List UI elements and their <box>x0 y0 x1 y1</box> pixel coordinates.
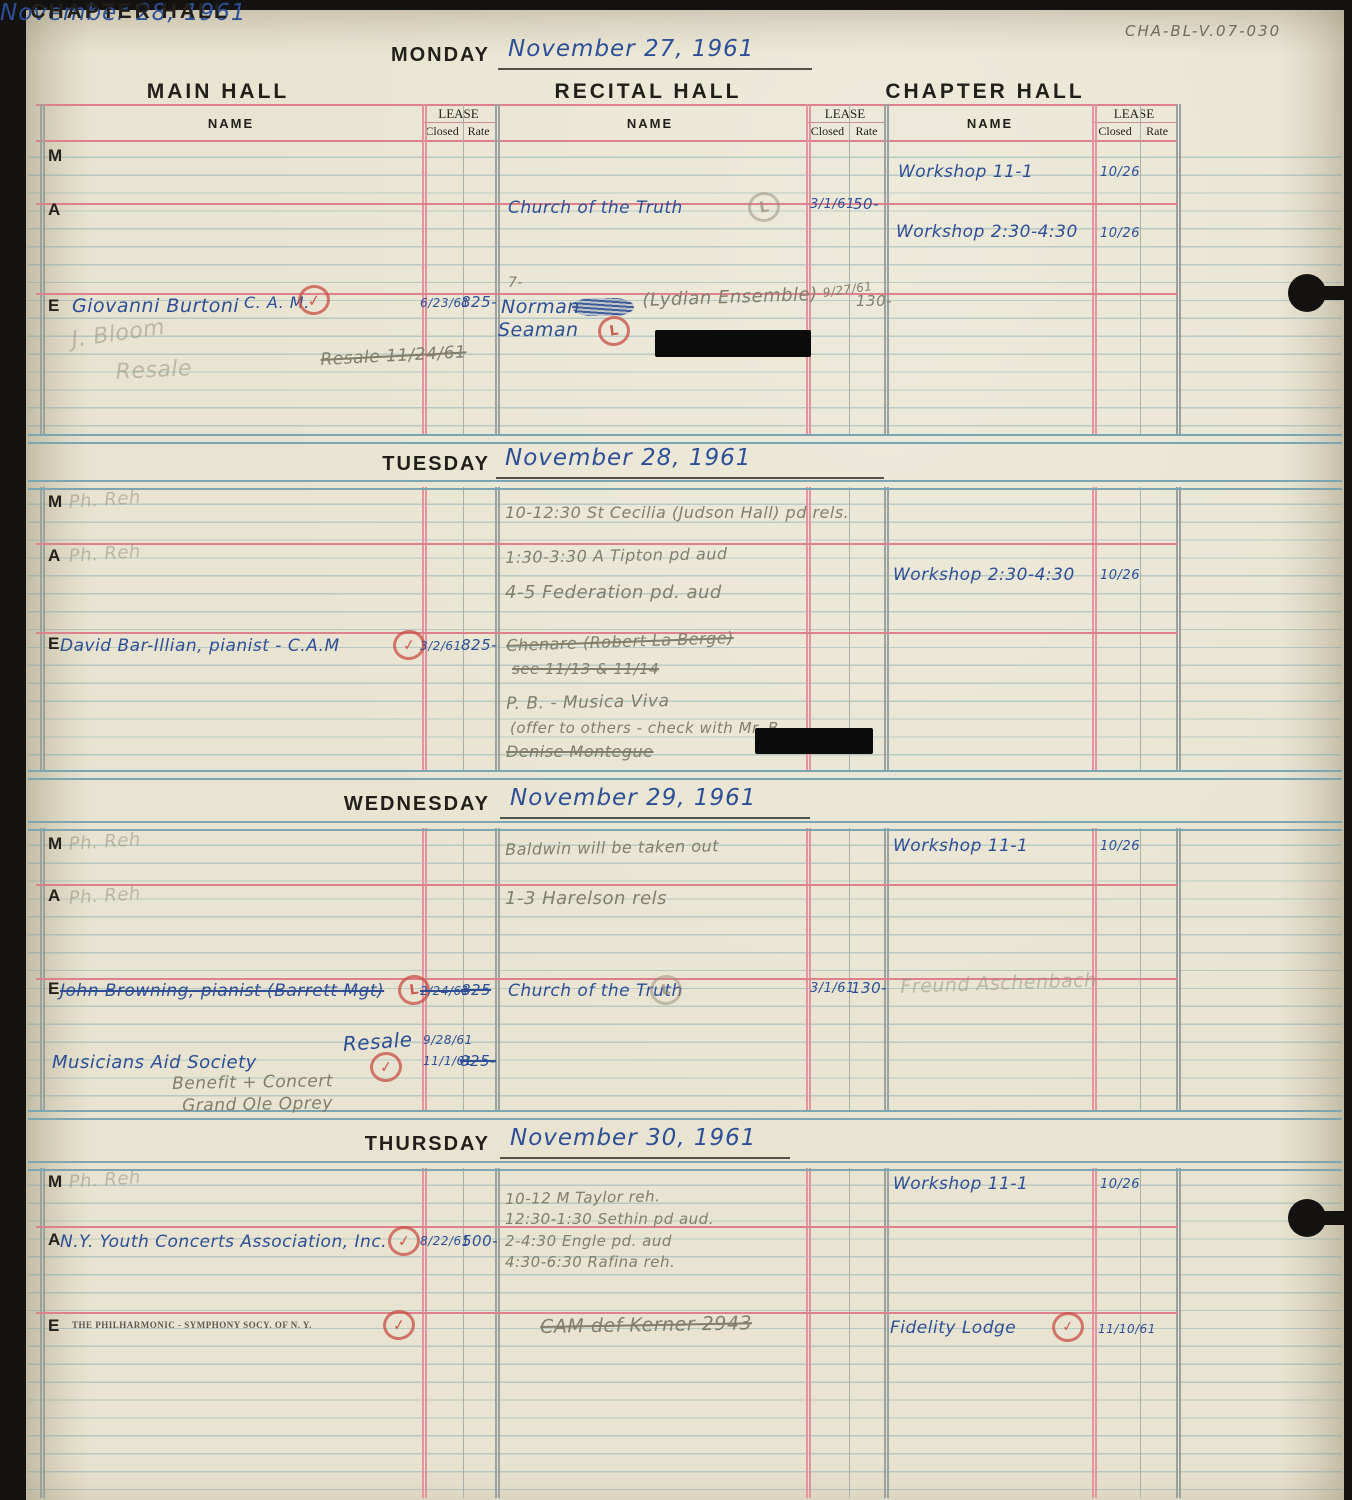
column-line <box>495 1168 497 1498</box>
column-line <box>1095 487 1097 770</box>
column-line <box>498 828 500 1110</box>
scribbled-out-text <box>572 298 634 316</box>
day-date-thursday: November 30, 1961 <box>510 1125 756 1151</box>
handwriting-entry: 825- <box>461 293 497 311</box>
handwriting-entry: Resale <box>115 356 193 385</box>
row-label-m: M <box>48 1172 62 1192</box>
column-line <box>463 487 464 770</box>
column-line <box>498 104 500 434</box>
handwriting-entry: 10/26 <box>1100 568 1140 583</box>
handwriting-entry: Church of the Truth <box>508 198 683 218</box>
column-line <box>43 1168 45 1498</box>
handwriting-entry: Workshop 2:30-4:30 <box>893 565 1075 585</box>
handwriting-entry: 1-3 Harelson rels <box>505 888 667 909</box>
date-underline <box>500 1157 790 1159</box>
handwriting-entry: Benefit + Concert <box>172 1071 333 1094</box>
column-header-name: NAME <box>500 116 800 131</box>
archive-code: CHA-BL-V.07-030 <box>1125 22 1281 40</box>
column-line <box>43 828 45 1110</box>
column-header-rate: Rate <box>462 124 495 139</box>
column-line <box>1095 1168 1097 1498</box>
day-date-monday: November 27, 1961 <box>508 36 754 62</box>
column-line <box>463 1168 464 1498</box>
handwriting-entry: 9/28/61 <box>423 1033 473 1047</box>
column-line <box>806 104 808 434</box>
row-label-a: A <box>48 546 60 566</box>
block-border-line <box>28 1161 1342 1171</box>
handwriting-entry: 3/2/61 <box>420 639 462 653</box>
row-separator-line <box>36 1312 1178 1314</box>
column-line <box>887 487 889 770</box>
column-line <box>1092 104 1094 434</box>
column-line <box>809 104 811 434</box>
handwriting-entry: Resale <box>342 1027 413 1056</box>
column-line <box>495 104 497 434</box>
column-line <box>40 487 42 770</box>
column-line <box>1179 1168 1181 1498</box>
handwriting-entry: Norman <box>501 296 580 318</box>
column-line <box>1140 828 1141 1110</box>
handwriting-entry: N.Y. Youth Concerts Association, Inc. <box>60 1232 387 1252</box>
column-line <box>1179 104 1181 434</box>
column-line <box>884 1168 886 1498</box>
day-title-thursday: THURSDAY <box>150 1133 490 1156</box>
row-label-a: A <box>48 886 60 906</box>
column-line <box>1179 487 1181 770</box>
column-line <box>1140 104 1141 434</box>
column-header-lease: LEASE <box>1092 106 1176 122</box>
handwriting-entry: Musicians Aid Society <box>52 1052 257 1073</box>
column-line <box>849 828 850 1110</box>
column-line <box>495 487 497 770</box>
column-header-lease: LEASE <box>422 106 495 122</box>
column-line <box>40 104 42 434</box>
handwriting-entry: Fidelity Lodge <box>890 1318 1016 1338</box>
day-title-wednesday: WEDNESDAY <box>150 793 490 816</box>
hall-title-chapter: CHAPTER HALL <box>0 0 260 24</box>
day-title-monday: MONDAY <box>150 44 490 67</box>
column-line <box>809 1168 811 1498</box>
handwriting-entry: 10/26 <box>1100 165 1140 180</box>
hall-title-chapter: CHAPTER HALL <box>855 80 1115 104</box>
column-line <box>1092 487 1094 770</box>
column-line <box>884 487 886 770</box>
row-label-m: M <box>48 492 62 512</box>
handwriting-entry: 130- <box>851 979 887 997</box>
lease-divider-line <box>422 122 495 123</box>
column-line <box>806 1168 808 1498</box>
column-line <box>422 487 424 770</box>
hall-title-recital: RECITAL HALL <box>518 80 778 104</box>
column-header-lease: LEASE <box>806 106 884 122</box>
handwriting-entry: David Bar-Illian, pianist - C.A.M <box>60 636 340 656</box>
row-label-m: M <box>48 834 62 854</box>
handwriting-entry: Grand Ole Oprey <box>182 1093 333 1116</box>
handwriting-entry: 825- <box>460 1052 496 1070</box>
day-date-tuesday: November 28, 1961 <box>505 445 751 471</box>
handwriting-entry: 3/1/61 <box>810 981 855 996</box>
handwriting-entry: 2-4:30 Engle pd. aud <box>505 1232 672 1250</box>
column-line <box>849 104 850 434</box>
column-line <box>887 1168 889 1498</box>
handwriting-entry: 10-12 M Taylor reh. <box>505 1187 660 1208</box>
handwriting-entry: 10/26 <box>1100 1177 1140 1192</box>
redaction-bar <box>655 330 811 357</box>
column-line <box>1092 1168 1094 1498</box>
column-line <box>1179 828 1181 1110</box>
column-line <box>40 828 42 1110</box>
redaction-bar <box>755 728 873 754</box>
handwriting-entry: Denise Montegue <box>506 742 654 761</box>
column-line <box>1176 828 1178 1110</box>
handwriting-entry: 10-12:30 St Cecilia (Judson Hall) pd rel… <box>505 503 849 522</box>
column-line <box>425 487 427 770</box>
column-line <box>1176 104 1178 434</box>
row-label-m: M <box>48 146 62 166</box>
row-label-e: E <box>48 296 59 316</box>
column-header-name: NAME <box>890 116 1090 131</box>
column-line <box>425 104 427 434</box>
block-border-line <box>28 770 1342 780</box>
handwriting-entry: 130- <box>856 292 892 310</box>
handwriting-entry: 12:30-1:30 Sethin pd aud. <box>505 1210 714 1228</box>
day-date-wednesday: November 29, 1961 <box>510 785 756 811</box>
column-line <box>849 1168 850 1498</box>
handwriting-entry: 50- <box>853 195 879 213</box>
lease-divider-line <box>806 122 884 123</box>
handwriting-entry: 10/26 <box>1100 226 1140 241</box>
column-line <box>498 487 500 770</box>
row-label-a: A <box>48 1230 60 1250</box>
handwriting-entry: 7- <box>508 275 523 291</box>
handwriting-entry: Workshop 11-1 <box>893 836 1028 856</box>
column-header-rate: Rate <box>1138 124 1176 139</box>
handwriting-entry: John Browning, pianist (Barrett Mgt) <box>60 981 384 1001</box>
block-border-line <box>28 480 1342 490</box>
hall-title-main: MAIN HALL <box>88 80 348 104</box>
handwriting-entry: 10/26 <box>1100 839 1140 854</box>
handwriting-entry: Workshop 11-1 <box>893 1174 1028 1194</box>
column-line <box>43 487 45 770</box>
date-underline <box>500 817 810 819</box>
column-line <box>1140 487 1141 770</box>
column-header-name: NAME <box>41 116 421 131</box>
column-line <box>463 104 464 434</box>
date-underline <box>498 68 812 70</box>
handwriting-entry: 3/1/61 <box>810 197 855 212</box>
column-line <box>887 828 889 1110</box>
punch-hole-bottom-tab <box>1318 1211 1352 1225</box>
row-label-e: E <box>48 1316 59 1336</box>
ledger-scan-page: CHA-BL-V.07-030 MONDAY November 27, 1961… <box>0 0 1352 1500</box>
day-title-tuesday: TUESDAY <box>150 453 490 476</box>
handwriting-entry: Workshop 11-1 <box>898 162 1033 182</box>
row-separator-line <box>36 543 1178 545</box>
column-line <box>884 828 886 1110</box>
handwriting-entry: (offer to others - check with Mr. B <box>510 719 779 737</box>
block-border-line <box>28 434 1342 444</box>
column-line <box>806 828 808 1110</box>
row-separator-line <box>36 884 1178 886</box>
column-line <box>498 1168 500 1498</box>
handwriting-entry: Workshop 2:30-4:30 <box>896 222 1078 242</box>
column-header-rate: Rate <box>849 124 884 139</box>
handwriting-entry: 11/10/61 <box>1098 1322 1156 1336</box>
column-line <box>887 104 889 434</box>
handwriting-entry: see 11/13 & 11/14 <box>512 660 659 678</box>
column-line <box>809 828 811 1110</box>
block-border-line <box>28 821 1342 831</box>
punch-hole-top-tab <box>1318 286 1352 300</box>
column-header-closed: Closed <box>806 124 849 139</box>
handwriting-entry: P. B. - Musica Viva <box>506 691 670 714</box>
column-line <box>422 104 424 434</box>
column-header-closed: Closed <box>422 124 462 139</box>
column-line <box>425 1168 427 1498</box>
handwriting-entry: THE PHILHARMONIC - SYMPHONY SOCY. OF N. … <box>72 1320 312 1330</box>
row-label-a: A <box>48 200 60 220</box>
handwriting-entry: 825- <box>461 636 497 654</box>
ruled-lines <box>28 140 1342 434</box>
handwriting-entry: Baldwin will be taken out <box>505 836 719 859</box>
handwriting-entry: 500- <box>462 1232 498 1250</box>
handwriting-entry: 4:30-6:30 Rafina reh. <box>505 1253 675 1271</box>
lease-divider-line <box>1092 122 1176 123</box>
row-label-e: E <box>48 634 59 654</box>
date-underline <box>496 477 884 479</box>
column-line <box>422 1168 424 1498</box>
column-line <box>884 104 886 434</box>
column-header-closed: Closed <box>1092 124 1138 139</box>
handwriting-entry: CAM def Kerner 2943 <box>540 1312 752 1338</box>
handwriting-entry: 4-5 Federation pd. aud <box>505 582 722 603</box>
handwriting-entry: 1:30-3:30 A Tipton pd aud <box>505 544 728 567</box>
column-line <box>43 104 45 434</box>
column-line <box>1095 104 1097 434</box>
row-label-e: E <box>48 979 59 999</box>
handwriting-entry: Seaman <box>498 319 579 341</box>
header-rule-line <box>36 104 1178 106</box>
column-line <box>40 1168 42 1498</box>
column-line <box>1176 1168 1178 1498</box>
handwriting-entry: Giovanni Burtoni <box>72 295 239 317</box>
handwriting-entry: 825 <box>461 981 491 999</box>
column-line <box>1176 487 1178 770</box>
